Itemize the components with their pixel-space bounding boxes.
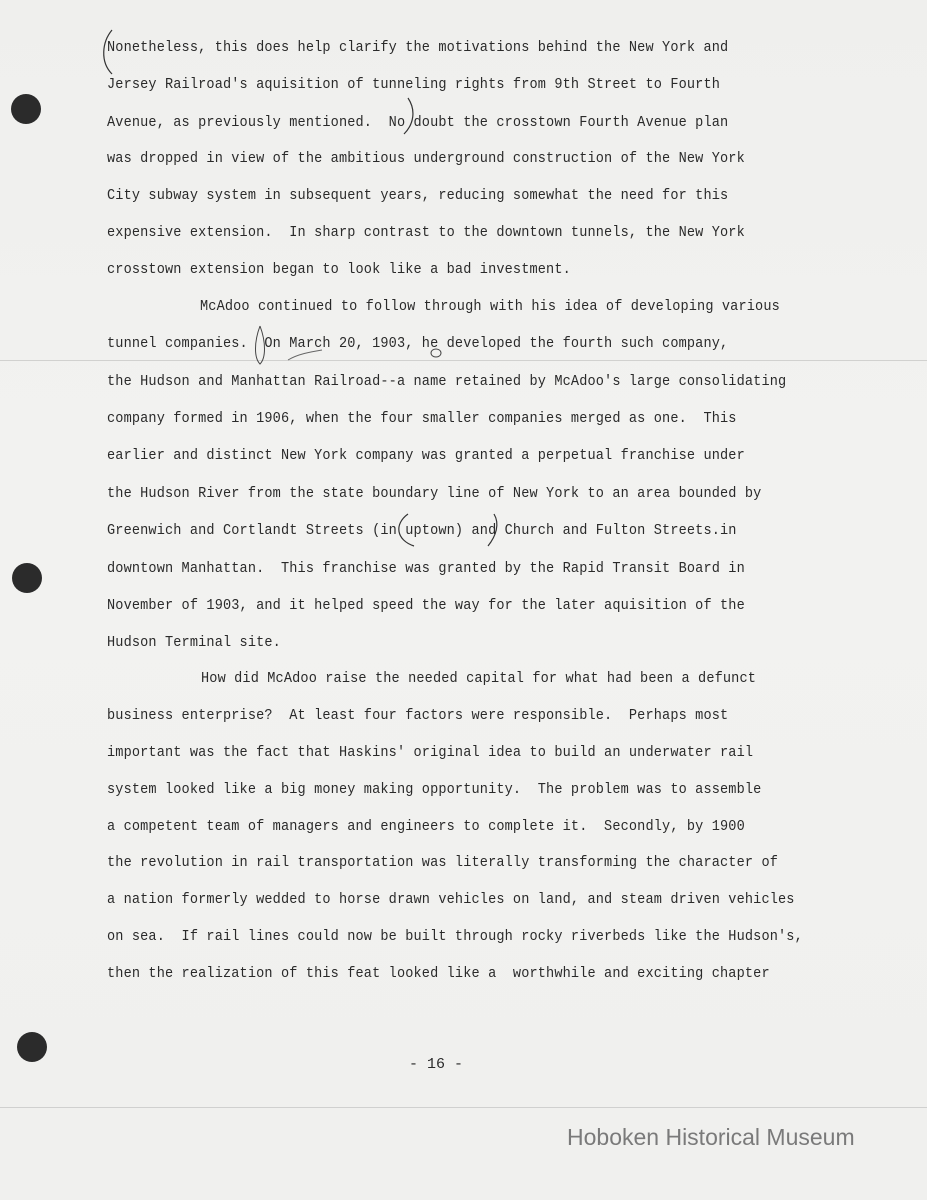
- text-line: the revolution in rail transportation wa…: [107, 853, 778, 873]
- text-line: business enterprise? At least four facto…: [107, 706, 728, 726]
- text-line: Jersey Railroad's aquisition of tunnelin…: [107, 75, 720, 95]
- text-line: important was the fact that Haskins' ori…: [107, 743, 753, 763]
- text-line: expensive extension. In sharp contrast t…: [107, 223, 745, 243]
- text-line: downtown Manhattan. This franchise was g…: [107, 559, 745, 579]
- text-line: was dropped in view of the ambitious und…: [107, 149, 745, 169]
- text-line: How did McAdoo raise the needed capital …: [201, 669, 756, 689]
- text-line: November of 1903, and it helped speed th…: [107, 596, 745, 616]
- text-line: then the realization of this feat looked…: [107, 964, 770, 984]
- binder-hole: [11, 94, 41, 124]
- document-page: Nonetheless, this does help clarify the …: [0, 0, 927, 1200]
- page-number: - 16 -: [409, 1056, 463, 1073]
- fold-line: [0, 360, 927, 361]
- text-line: crosstown extension began to look like a…: [107, 260, 571, 280]
- binder-hole: [12, 563, 42, 593]
- text-line: earlier and distinct New York company wa…: [107, 446, 745, 466]
- text-line: Avenue, as previously mentioned. No doub…: [107, 113, 728, 133]
- text-line: a nation formerly wedded to horse drawn …: [107, 890, 795, 910]
- text-line: company formed in 1906, when the four sm…: [107, 409, 737, 429]
- text-line: McAdoo continued to follow through with …: [200, 297, 780, 317]
- text-line: City subway system in subsequent years, …: [107, 186, 728, 206]
- binder-hole: [17, 1032, 47, 1062]
- text-line: on sea. If rail lines could now be built…: [107, 927, 803, 947]
- text-line: the Hudson River from the state boundary…: [107, 484, 761, 504]
- text-line: a competent team of managers and enginee…: [107, 817, 745, 837]
- text-line: tunnel companies. On March 20, 1903, he …: [107, 334, 728, 354]
- text-line: system looked like a big money making op…: [107, 780, 761, 800]
- text-line: Nonetheless, this does help clarify the …: [107, 38, 728, 58]
- text-line: Greenwich and Cortlandt Streets (in upto…: [107, 521, 737, 541]
- text-line: the Hudson and Manhattan Railroad--a nam…: [107, 372, 786, 392]
- watermark: Hoboken Historical Museum: [567, 1124, 855, 1151]
- text-line: Hudson Terminal site.: [107, 633, 281, 653]
- fold-line: [0, 1107, 927, 1108]
